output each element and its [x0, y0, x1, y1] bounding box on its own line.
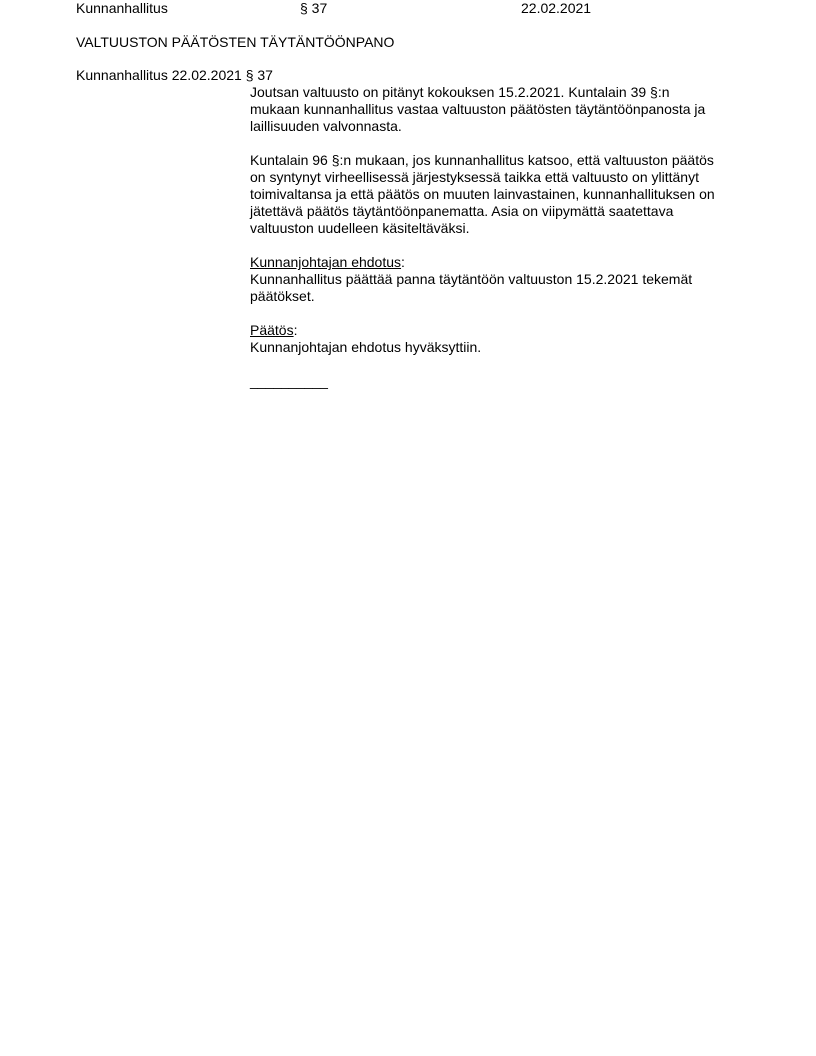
document-body: Joutsan valtuusto on pitänyt kokouksen 1…	[250, 84, 750, 407]
paragraph-background: Joutsan valtuusto on pitänyt kokouksen 1…	[250, 84, 750, 135]
proposal-colon: :	[401, 254, 405, 270]
decision-colon: :	[294, 322, 298, 338]
header-date: 22.02.2021	[521, 0, 591, 17]
document-title: VALTUUSTON PÄÄTÖSTEN TÄYTÄNTÖÖNPANO	[76, 34, 394, 51]
decision-label: Päätös	[250, 322, 294, 338]
paragraph-legal-basis: Kuntalain 96 §:n mukaan, jos kunnanhalli…	[250, 152, 750, 237]
proposal-block: Kunnanjohtajan ehdotus: Kunnanhallitus p…	[250, 254, 750, 305]
proposal-text: Kunnanhallitus päättää panna täytäntöön …	[250, 271, 692, 304]
proposal-label: Kunnanjohtajan ehdotus	[250, 254, 401, 270]
decision-text: Kunnanjohtajan ehdotus hyväksyttiin.	[250, 339, 481, 355]
header-section-number: § 37	[300, 0, 327, 17]
end-separator: __________	[250, 373, 750, 390]
decision-block: Päätös: Kunnanjohtajan ehdotus hyväksytt…	[250, 322, 750, 356]
meeting-reference: Kunnanhallitus 22.02.2021 § 37	[76, 67, 273, 84]
header-organ: Kunnanhallitus	[76, 0, 168, 17]
